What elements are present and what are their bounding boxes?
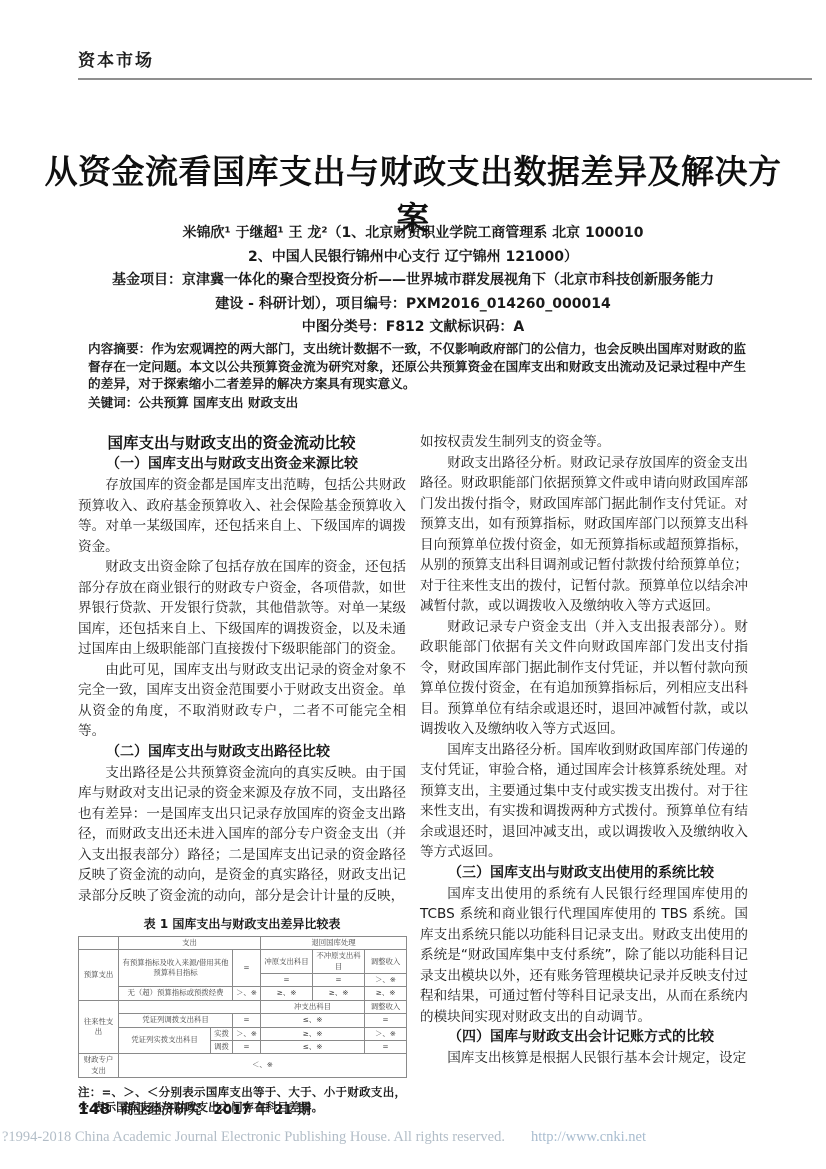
table-cell: ≥、※	[261, 987, 313, 1000]
page-number: 148	[78, 1100, 110, 1118]
table-cell: =	[233, 1040, 261, 1053]
table-cell: ≥、※	[261, 1027, 365, 1040]
abstract-text: 内容摘要：作为宏观调控的两大部门，支出统计数据不一致，不仅影响政府部门的公信力，…	[88, 340, 746, 393]
journal-name: 商业经济研究	[120, 1102, 201, 1118]
page-footer: 148商业经济研究2017 年 21 期	[78, 1098, 311, 1118]
table-cell: 调拨	[211, 1040, 233, 1053]
table-area: 表 1 国库支出与财政支出差异比较表 支出 退回国库处理 预算支出 有预算指标及…	[78, 915, 406, 1116]
abstract-block: 内容摘要：作为宏观调控的两大部门，支出统计数据不一致，不仅影响政府部门的公信力，…	[88, 340, 746, 411]
table-cell: ≥、※	[365, 987, 407, 1000]
authors-line-1: 米锦欣¹ 于继超¹ 王 龙²（1、北京财贸职业学院工商管理系 北京 100010	[40, 222, 786, 246]
paragraph: 存放国库的资金都是国库支出范畴，包括公共财政预算收入、政府基金预算收入、社会保险…	[78, 475, 406, 557]
paragraph: 支出路径是公共预算资金流向的真实反映。由于国库与财政对支出记录的资金来源及存放不…	[78, 763, 406, 907]
table-row: 凭证列实拨支出科目 实拨 ＞、※ ≥、※ ＞、※	[79, 1027, 407, 1040]
paragraph: 由此可见，国库支出与财政支出记录的资金对象不完全一致，国库支出资金范围要小于财政…	[78, 660, 406, 742]
table-cell: ＞、※	[365, 974, 407, 987]
authors-line-2: 2、中国人民银行锦州中心支行 辽宁锦州 121000）	[40, 246, 786, 270]
table-row: 预算支出 有预算指标及收入来源/借用其他预算科目指标 = 冲原支出科目 不冲原支…	[79, 950, 407, 974]
paragraph-continuation: 如按权责发生制列支的资金等。	[420, 432, 748, 453]
table-cell: ＞、※	[365, 1027, 407, 1040]
table-cell: ≤、※	[261, 1014, 365, 1027]
table-group-cell: 往来性支出	[79, 1000, 119, 1053]
subsection-heading: （二）国库支出与财政支出路径比较	[78, 742, 406, 763]
paragraph: 财政记录专户资金支出（并入支出报表部分）。财政职能部门依据有关文件向财政国库部门…	[420, 617, 748, 740]
copyright-text: ?1994-2018 China Academic Journal Electr…	[2, 1129, 505, 1145]
table-header-cell: 不冲原支出科目	[313, 950, 365, 974]
table-row: 往来性支出 冲支出科目 调整收入	[79, 1000, 407, 1013]
table-caption: 表 1 国库支出与财政支出差异比较表	[78, 915, 406, 932]
table-cell: =	[233, 950, 261, 987]
comparison-table: 支出 退回国库处理 预算支出 有预算指标及收入来源/借用其他预算科目指标 = 冲…	[78, 936, 407, 1078]
fund-line-2: 建设 - 科研计划），项目编号：PXM2016_014260_000014	[40, 293, 786, 317]
table-header-cell: 支出	[119, 937, 261, 950]
subsection-heading: （四）国库与财政支出会计记账方式的比较	[420, 1027, 748, 1048]
article-meta: 米锦欣¹ 于继超¹ 王 龙²（1、北京财贸职业学院工商管理系 北京 100010…	[40, 222, 786, 340]
subsection-heading: （一）国库支出与财政支出资金来源比较	[78, 454, 406, 475]
paragraph: 国库支出路径分析。国库收到财政国库部门传递的支付凭证，审验合格，通过国库会计核算…	[420, 740, 748, 863]
table-cell: =	[313, 974, 365, 987]
table-cell: 凭证列实拨支出科目	[119, 1027, 211, 1054]
paragraph: 财政支出资金除了包括存放在国库的资金，还包括部分存放在商业银行的财政专户资金，各…	[78, 557, 406, 660]
table-cell: 凭证列调拨支出科目	[119, 1014, 233, 1027]
table-header-cell: 调整收入	[365, 950, 407, 974]
table-cell: ＞、※	[233, 1027, 261, 1040]
left-column: 国库支出与财政支出的资金流动比较（一）国库支出与财政支出资金来源比较存放国库的资…	[78, 432, 406, 1116]
table-cell: ＜、※	[119, 1054, 407, 1078]
fund-line-1: 基金项目：京津冀一体化的聚合型投资分析——世界城市群发展视角下（北京市科技创新服…	[40, 269, 786, 293]
table-cell: =	[233, 1014, 261, 1027]
right-column: 如按权责发生制列支的资金等。财政支出路径分析。财政记录存放国库的资金支出路径。财…	[420, 432, 748, 1069]
paragraph: 财政支出路径分析。财政记录存放国库的资金支出路径。财政职能部门依据预算文件或申请…	[420, 453, 748, 617]
copyright-watermark: ?1994-2018 China Academic Journal Electr…	[2, 1129, 826, 1146]
table-group-cell: 预算支出	[79, 950, 119, 1000]
table-header-cell: 退回国库处理	[261, 937, 407, 950]
clc-line: 中图分类号：F812 文献标识码：A	[40, 316, 786, 340]
table-cell: =	[365, 1040, 407, 1053]
table-cell: 有预算指标及收入来源/借用其他预算科目指标	[119, 950, 233, 987]
journal-page: { "header": { "section_label": "资本市场" },…	[0, 0, 826, 1169]
subsection-heading: （三）国库支出与财政支出使用的系统比较	[420, 863, 748, 884]
paragraph: 国库支出使用的系统有人民银行经理国库使用的 TCBS 系统和商业银行代理国库使用…	[420, 884, 748, 1028]
section-heading: 国库支出与财政支出的资金流动比较	[78, 432, 406, 454]
table-row: 财政专户支出 ＜、※	[79, 1054, 407, 1078]
section-label: 资本市场	[78, 46, 812, 80]
table-cell: ≤、※	[261, 1040, 365, 1053]
table-row: 无（超）预算指标或预拨经费 ＞、※ ≥、※ ≥、※ ≥、※	[79, 987, 407, 1000]
table-cell: =	[365, 1014, 407, 1027]
table-cell: =	[261, 974, 313, 987]
table-cell: 实拨	[211, 1027, 233, 1040]
table-row: 支出 退回国库处理	[79, 937, 407, 950]
table-header-cell: 调整收入	[365, 1000, 407, 1013]
table-cell	[119, 1000, 261, 1013]
table-row: 凭证列调拨支出科目 = ≤、※ =	[79, 1014, 407, 1027]
issue-label: 2017 年 21 期	[213, 1102, 310, 1118]
cnki-url: http://www.cnki.net	[531, 1129, 646, 1145]
table-header-cell: 冲原支出科目	[261, 950, 313, 974]
table-group-cell: 财政专户支出	[79, 1054, 119, 1078]
paragraph: 国库支出核算是根据人民银行基本会计规定，设定	[420, 1048, 748, 1069]
table-cell	[79, 937, 119, 950]
table-header-cell: 冲支出科目	[261, 1000, 365, 1013]
table-cell: ＞、※	[233, 987, 261, 1000]
keywords-text: 关键词：公共预算 国库支出 财政支出	[88, 394, 746, 412]
table-cell: 无（超）预算指标或预拨经费	[119, 987, 233, 1000]
table-cell: ≥、※	[313, 987, 365, 1000]
